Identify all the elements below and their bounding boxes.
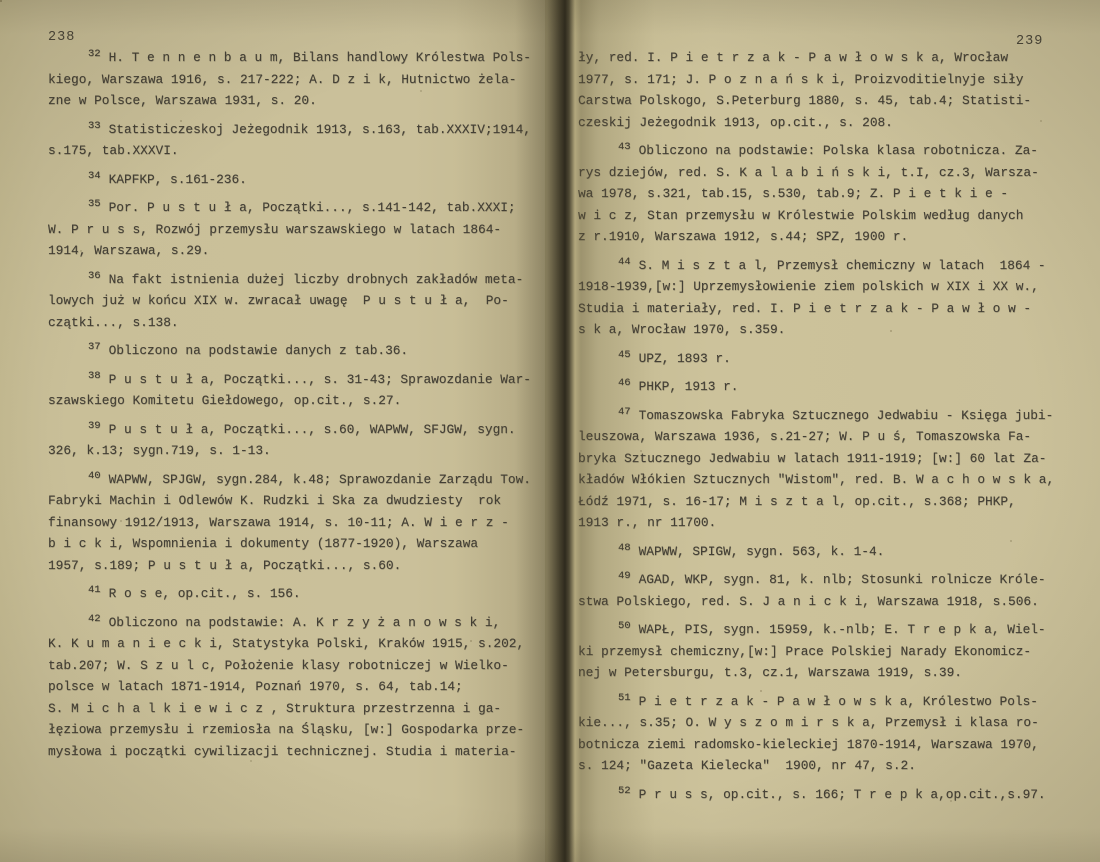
footnote-text: WAPWW, SPIGW, sygn. 563, k. 1-4. (639, 544, 885, 559)
text-line: s.175, tab.XXXVI. (48, 140, 560, 162)
footnote-text: P u s t u ł a, Początki..., s.60, WAPWW,… (109, 422, 516, 437)
footnote-number: 47 (618, 402, 631, 424)
footnote-46: 46PHKP, 1913 r. (578, 376, 1090, 398)
text-line: szawskiego Komitetu Giełdowego, op.cit.,… (48, 390, 560, 412)
text-line: z r.1910, Warszawa 1912, s.44; SPZ, 1900… (578, 226, 1090, 248)
footnote-number: 40 (88, 466, 101, 488)
text-line: 51P i e t r z a k - P a w ł o w s k a, K… (578, 691, 1090, 713)
footnote-number: 38 (88, 366, 101, 388)
footnote-text: PHKP, 1913 r. (639, 379, 739, 394)
text-line: finansowy 1912/1913, Warszawa 1914, s. 1… (48, 512, 560, 534)
text-line: 36Na fakt istnienia dużej liczby drobnyc… (48, 269, 560, 291)
text-line: Łódź 1971, s. 16-17; M i s z t a l, op.c… (578, 491, 1090, 513)
text-line: 1918-1939,[w:] Uprzemysłowienie ziem pol… (578, 276, 1090, 298)
footnote-text: WAPWW, SPJGW, sygn.284, k.48; Sprawozdan… (109, 472, 531, 487)
footnote-number: 46 (618, 373, 631, 395)
page-number-left: 238 (48, 30, 75, 45)
text-line: 35Por. P u s t u ł a, Początki..., s.141… (48, 197, 560, 219)
footnote-35: 35Por. P u s t u ł a, Początki..., s.141… (48, 197, 560, 262)
footnote-42: 42Obliczono na podstawie: A. K r z y ż a… (48, 612, 560, 763)
footnote-number: 52 (618, 781, 631, 803)
footnote-37: 37Obliczono na podstawie danych z tab.36… (48, 340, 560, 362)
footnote-number: 48 (618, 538, 631, 560)
text-line: W. P r u s s, Rozwój przemysłu warszawsk… (48, 219, 560, 241)
footnote-text: WAPŁ, PIS, sygn. 15959, k.-nlb; E. T r e… (639, 622, 1046, 637)
footnote-number: 42 (88, 609, 101, 631)
footnote-number: 33 (88, 116, 101, 138)
footnote-number: 34 (88, 166, 101, 188)
text-line: 49AGAD, WKP, sygn. 81, k. nlb; Stosunki … (578, 569, 1090, 591)
text-line: 47Tomaszowska Fabryka Sztucznego Jedwabi… (578, 405, 1090, 427)
text-line: 48WAPWW, SPIGW, sygn. 563, k. 1-4. (578, 541, 1090, 563)
footnote-text: UPZ, 1893 r. (639, 351, 731, 366)
text-line: bryka Sztucznego Jedwabiu w latach 1911-… (578, 448, 1090, 470)
text-line: 38P u s t u ł a, Początki..., s. 31-43; … (48, 369, 560, 391)
footnote-41: 41R o s e, op.cit., s. 156. (48, 583, 560, 605)
footnote-44: 44S. M i s z t a l, Przemysł chemiczny w… (578, 255, 1090, 341)
footnote-text: Na fakt istnienia dużej liczby drobnych … (109, 272, 524, 287)
footnote-text: AGAD, WKP, sygn. 81, k. nlb; Stosunki ro… (639, 572, 1046, 587)
text-line: ki przemysł chemiczny,[w:] Prace Polskie… (578, 641, 1090, 663)
footnote-text: R o s e, op.cit., s. 156. (109, 586, 301, 601)
footnote-text: KAPFKP, s.161-236. (109, 172, 247, 187)
footnote-number: 44 (618, 252, 631, 274)
text-line: leuszowa, Warszawa 1936, s.21-27; W. P u… (578, 426, 1090, 448)
footnote-39: 39P u s t u ł a, Początki..., s.60, WAPW… (48, 419, 560, 462)
text-line: botnicza ziemi radomsko-kieleckiej 1870-… (578, 734, 1090, 756)
footnote-34: 34KAPFKP, s.161-236. (48, 169, 560, 191)
text-line: rys dziejów, red. S. K a l a b i ń s k i… (578, 162, 1090, 184)
text-line: S. M i c h a l k i e w i c z , Struktura… (48, 698, 560, 720)
footnote-text: P u s t u ł a, Początki..., s. 31-43; Sp… (109, 372, 531, 387)
footnote-33: 33Statisticzeskoj Jeżegodnik 1913, s.163… (48, 119, 560, 162)
footnote-text: Por. P u s t u ł a, Początki..., s.141-1… (109, 200, 516, 215)
footnote-32: 32H. T e n n e n b a u m, Bilans handlow… (48, 47, 560, 112)
footnote-50: 50WAPŁ, PIS, sygn. 15959, k.-nlb; E. T r… (578, 619, 1090, 684)
footnote-text: S. M i s z t a l, Przemysł chemiczny w l… (639, 258, 1046, 273)
text-line: ły, red. I. P i e t r z a k - P a w ł o … (578, 47, 1090, 69)
text-line: tab.207; W. S z u l c, Położenie klasy r… (48, 655, 560, 677)
footnote-38: 38P u s t u ł a, Początki..., s. 31-43; … (48, 369, 560, 412)
text-line: 1914, Warszawa, s.29. (48, 240, 560, 262)
text-line: 33Statisticzeskoj Jeżegodnik 1913, s.163… (48, 119, 560, 141)
text-line: 39P u s t u ł a, Początki..., s.60, WAPW… (48, 419, 560, 441)
continuation-paragraph: ły, red. I. P i e t r z a k - P a w ł o … (578, 47, 1090, 133)
footnote-number: 49 (618, 566, 631, 588)
footnote-49: 49AGAD, WKP, sygn. 81, k. nlb; Stosunki … (578, 569, 1090, 612)
footnote-text: Obliczono na podstawie danych z tab.36. (109, 343, 409, 358)
footnotes-right: ły, red. I. P i e t r z a k - P a w ł o … (578, 47, 1090, 805)
page-left: 238 32H. T e n n e n b a u m, Bilans han… (0, 0, 545, 862)
footnotes-left: 32H. T e n n e n b a u m, Bilans handlow… (48, 47, 560, 762)
text-line: Fabryki Machin i Odlewów K. Rudzki i Ska… (48, 490, 560, 512)
text-line: łęziowa przemysłu i rzemiosła na Śląsku,… (48, 719, 560, 741)
text-line: 34KAPFKP, s.161-236. (48, 169, 560, 191)
text-line: kie..., s.35; O. W y s z o m i r s k a, … (578, 712, 1090, 734)
text-line: 52P r u s s, op.cit., s. 166; T r e p k … (578, 784, 1090, 806)
text-line: nej w Petersburgu, t.3, cz.1, Warszawa 1… (578, 662, 1090, 684)
footnote-number: 35 (88, 194, 101, 216)
footnote-number: 37 (88, 337, 101, 359)
text-line: czątki..., s.138. (48, 312, 560, 334)
footnote-43: 43Obliczono na podstawie: Polska klasa r… (578, 140, 1090, 248)
footnote-number: 43 (618, 137, 631, 159)
text-line: kładów Włókien Sztucznych "Wistom", red.… (578, 469, 1090, 491)
page-right: ły, red. I. P i e t r z a k - P a w ł o … (545, 0, 1100, 862)
footnote-47: 47Tomaszowska Fabryka Sztucznego Jedwabi… (578, 405, 1090, 534)
text-line: 1957, s.189; P u s t u ł a, Początki...,… (48, 555, 560, 577)
text-line: 42Obliczono na podstawie: A. K r z y ż a… (48, 612, 560, 634)
footnote-text: Statisticzeskoj Jeżegodnik 1913, s.163, … (109, 122, 531, 137)
text-line: wa 1978, s.321, tab.15, s.530, tab.9; Z.… (578, 183, 1090, 205)
text-line: 1913 r., nr 11700. (578, 512, 1090, 534)
footnote-number: 50 (618, 616, 631, 638)
page-number-right: 239 (1016, 34, 1043, 49)
footnote-36: 36Na fakt istnienia dużej liczby drobnyc… (48, 269, 560, 334)
text-line: 45UPZ, 1893 r. (578, 348, 1090, 370)
footnote-number: 36 (88, 266, 101, 288)
text-line: K. K u m a n i e c k i, Statystyka Polsk… (48, 633, 560, 655)
footnote-51: 51P i e t r z a k - P a w ł o w s k a, K… (578, 691, 1090, 777)
footnote-52: 52P r u s s, op.cit., s. 166; T r e p k … (578, 784, 1090, 806)
footnote-text: Obliczono na podstawie: A. K r z y ż a n… (109, 615, 501, 630)
text-line: 46PHKP, 1913 r. (578, 376, 1090, 398)
text-line: 50WAPŁ, PIS, sygn. 15959, k.-nlb; E. T r… (578, 619, 1090, 641)
text-line: 37Obliczono na podstawie danych z tab.36… (48, 340, 560, 362)
footnote-number: 51 (618, 688, 631, 710)
book-spread: 238 32H. T e n n e n b a u m, Bilans han… (0, 0, 1100, 862)
footnote-text: Obliczono na podstawie: Polska klasa rob… (639, 143, 1038, 158)
footnote-text: H. T e n n e n b a u m, Bilans handlowy … (109, 50, 531, 65)
footnote-number: 45 (618, 345, 631, 367)
text-line: lowych już w końcu XIX w. zwracał uwagę … (48, 290, 560, 312)
footnote-number: 41 (88, 580, 101, 602)
text-line: kiego, Warszawa 1916, s. 217-222; A. D z… (48, 69, 560, 91)
footnote-number: 32 (88, 44, 101, 66)
text-line: s. 124; "Gazeta Kielecka" 1900, nr 47, s… (578, 755, 1090, 777)
footnote-48: 48WAPWW, SPIGW, sygn. 563, k. 1-4. (578, 541, 1090, 563)
text-line: 1977, s. 171; J. P o z n a ń s k i, Proi… (578, 69, 1090, 91)
text-line: 43Obliczono na podstawie: Polska klasa r… (578, 140, 1090, 162)
text-line: Carstwa Polskogo, S.Peterburg 1880, s. 4… (578, 90, 1090, 112)
footnote-text: P i e t r z a k - P a w ł o w s k a, Kró… (639, 694, 1038, 709)
footnote-text: P r u s s, op.cit., s. 166; T r e p k a,… (639, 787, 1046, 802)
text-line: mysłowa i początki cywilizacji techniczn… (48, 741, 560, 763)
text-line: zne w Polsce, Warszawa 1931, s. 20. (48, 90, 560, 112)
text-line: 40WAPWW, SPJGW, sygn.284, k.48; Sprawozd… (48, 469, 560, 491)
footnote-40: 40WAPWW, SPJGW, sygn.284, k.48; Sprawozd… (48, 469, 560, 577)
text-line: s k a, Wrocław 1970, s.359. (578, 319, 1090, 341)
footnote-text: Tomaszowska Fabryka Sztucznego Jedwabiu … (639, 408, 1054, 423)
text-line: czeskij Jeżegodnik 1913, op.cit., s. 208… (578, 112, 1090, 134)
footnote-45: 45UPZ, 1893 r. (578, 348, 1090, 370)
text-line: 44S. M i s z t a l, Przemysł chemiczny w… (578, 255, 1090, 277)
footnote-number: 39 (88, 416, 101, 438)
text-line: 41R o s e, op.cit., s. 156. (48, 583, 560, 605)
text-line: polsce w latach 1871-1914, Poznań 1970, … (48, 676, 560, 698)
text-line: w i c z, Stan przemysłu w Królestwie Pol… (578, 205, 1090, 227)
text-line: 32H. T e n n e n b a u m, Bilans handlow… (48, 47, 560, 69)
text-line: 326, k.13; sygn.719, s. 1-13. (48, 440, 560, 462)
text-line: Studia i materiały, red. I. P i e t r z … (578, 298, 1090, 320)
text-line: stwa Polskiego, red. S. J a n i c k i, W… (578, 591, 1090, 613)
text-line: b i c k i, Wspomnienia i dokumenty (1877… (48, 533, 560, 555)
